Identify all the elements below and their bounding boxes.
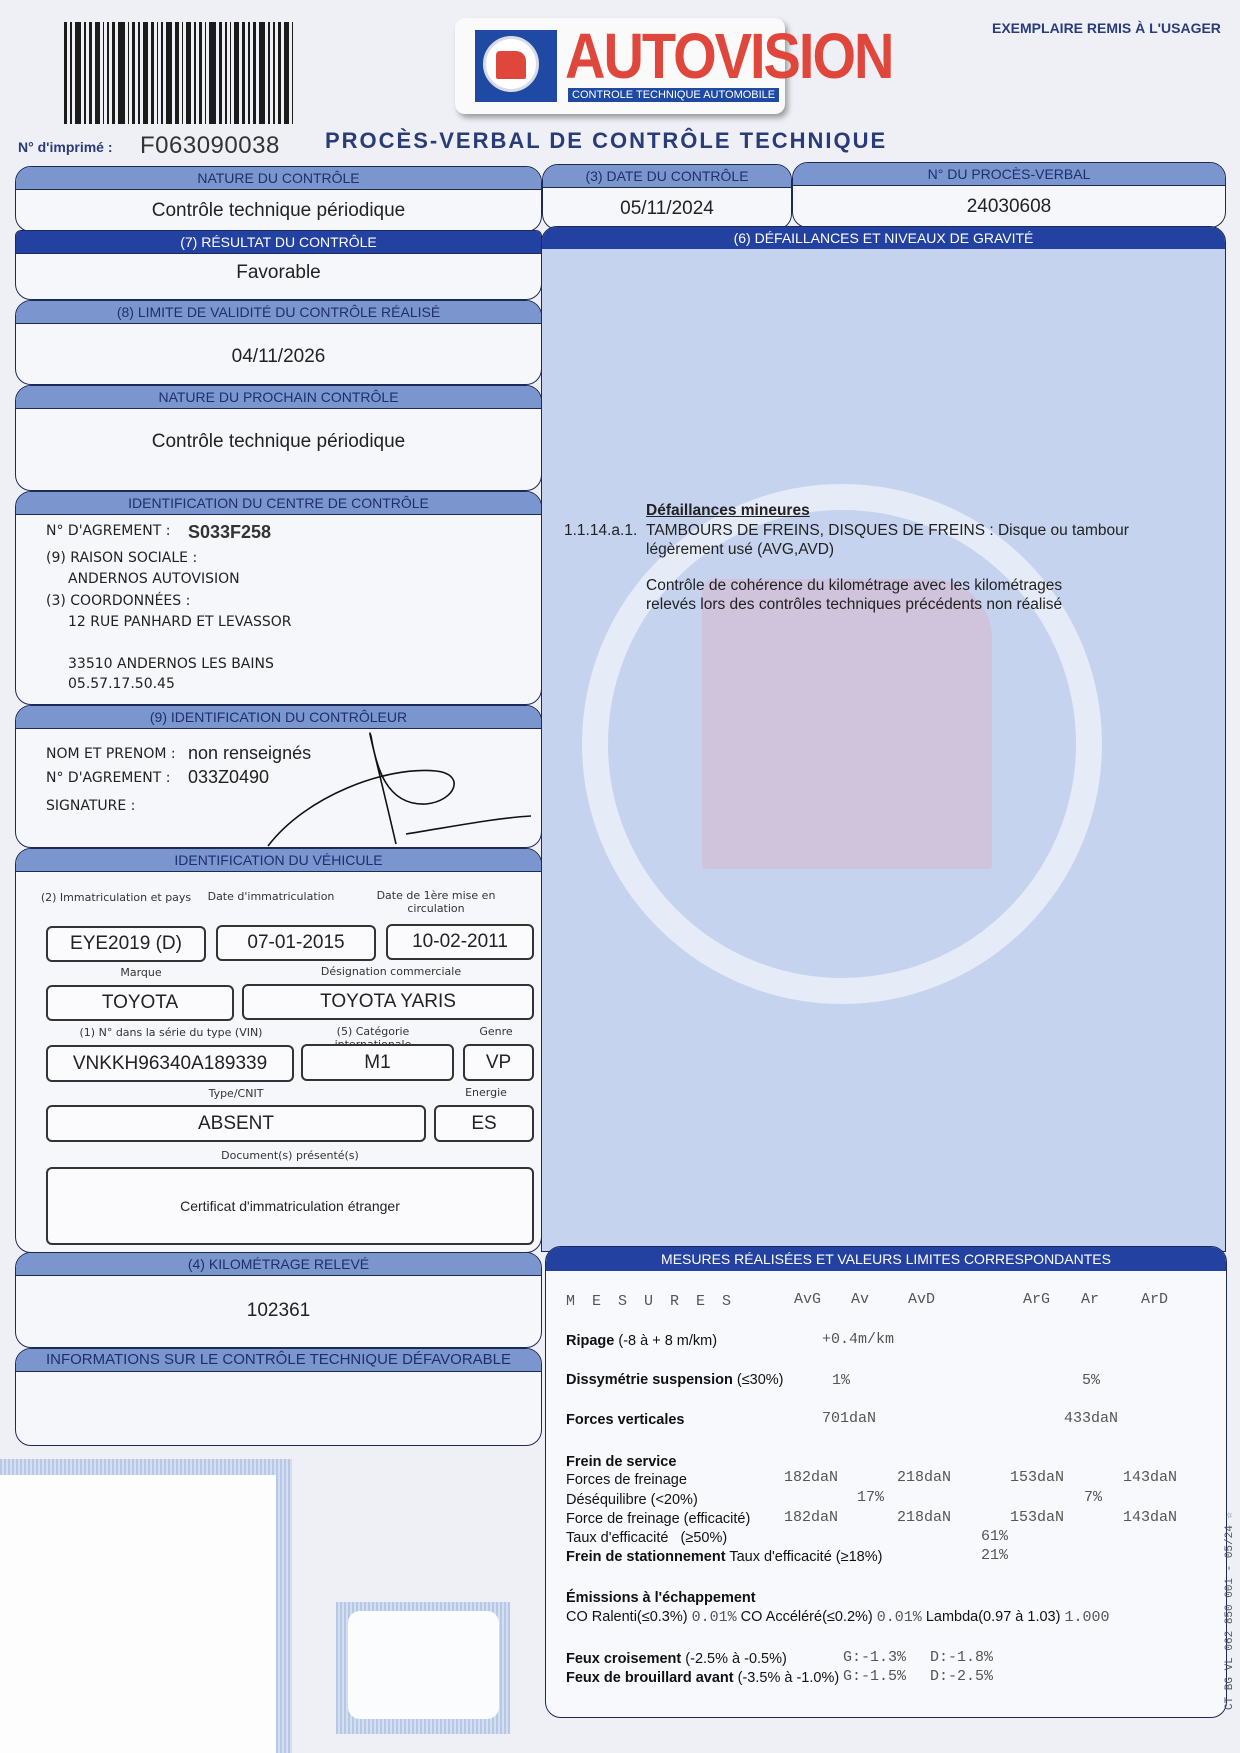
address-line2: 33510 ANDERNOS LES BAINS — [68, 656, 274, 672]
feux-croisement-row: Feux croisement (-2.5% à -0.5%) — [566, 1651, 787, 1667]
date-circulation-label: Date de 1ère mise en circulation — [376, 889, 496, 915]
autovision-logo: AUTOVISION CONTROLE TECHNIQUE AUTOMOBILE — [455, 18, 785, 114]
ripage-value: +0.4m/km — [822, 1331, 894, 1348]
designation-label: Désignation commerciale — [246, 965, 536, 978]
marque-field: TOYOTA — [46, 985, 234, 1021]
controleur-nom-label: NOM ET PRENOM : — [46, 746, 176, 762]
controleur-agrement-label: N° D'AGREMENT : — [46, 770, 170, 786]
limite-validite-box: (8) LIMITE DE VALIDITÉ DU CONTRÔLE RÉALI… — [15, 300, 542, 385]
feux-brouillard-label: Feux de brouillard avant — [566, 1670, 734, 1686]
kilometrage-note-line1: Contrôle de cohérence du kilométrage ave… — [646, 576, 1062, 595]
logo-tagline: CONTROLE TECHNIQUE AUTOMOBILE — [568, 88, 779, 102]
feux-brouillard-g: G:-1.5% — [843, 1668, 906, 1685]
ripage-row: Ripage (-8 à + 8 m/km) — [566, 1333, 717, 1349]
form-reference: CT BG VL 062 850 001 - 05/24 ☆ — [1222, 1510, 1236, 1710]
centre-box: IDENTIFICATION DU CENTRE DE CONTRÔLE N° … — [15, 491, 542, 705]
numero-pv-header: N° DU PROCÈS-VERBAL — [793, 163, 1225, 186]
co-accelere-label: CO Accéléré(≤0.2%) — [741, 1609, 873, 1625]
mesures-header: MESURES RÉALISÉES ET VALEURS LIMITES COR… — [546, 1247, 1226, 1271]
logo-brand: AUTOVISION — [565, 24, 892, 88]
efficacite-ard: 143daN — [1123, 1509, 1177, 1526]
defaillances-header: (6) DÉFAILLANCES ET NIVEAUX DE GRAVITÉ — [542, 227, 1225, 249]
emissions-row: CO Ralenti(≤0.3%) 0.01% CO Accéléré(≤0.2… — [566, 1609, 1109, 1626]
documents-label: Document(s) présenté(s) — [46, 1149, 534, 1162]
exemplaire-label: EXEMPLAIRE REMIS À L'USAGER — [992, 20, 1221, 36]
taux-efficacite-label: Taux d'efficacité (≥50%) — [566, 1530, 727, 1546]
type-cnit-field: ABSENT — [46, 1105, 426, 1142]
resultat-value: Favorable — [16, 254, 541, 284]
feux-brouillard-d: D:-2.5% — [930, 1668, 993, 1685]
info-defavorable-box: INFORMATIONS SUR LE CONTRÔLE TECHNIQUE D… — [15, 1348, 542, 1446]
car-watermark-icon — [702, 579, 992, 869]
documents-field: Certificat d'immatriculation étranger — [46, 1167, 534, 1245]
co-accelere-value: 0.01% — [877, 1609, 922, 1626]
designation-field: TOYOTA YARIS — [242, 984, 534, 1020]
marque-label: Marque — [46, 966, 236, 979]
taux-efficacite-value: 61% — [981, 1528, 1008, 1545]
vehicule-header: IDENTIFICATION DU VÉHICULE — [16, 849, 541, 872]
ripage-label: Ripage — [566, 1333, 614, 1349]
dissymetrie-label: Dissymétrie suspension — [566, 1372, 733, 1388]
forces-freinage-arg: 153daN — [1010, 1469, 1064, 1486]
phone: 05.57.17.50.45 — [68, 676, 175, 692]
date-immat-field: 07-01-2015 — [216, 925, 376, 961]
forces-freinage-label: Forces de freinage — [566, 1472, 687, 1488]
frein-stationnement-label: Frein de stationnement — [566, 1549, 726, 1565]
lambda-label: Lambda(0.97 à 1.03) — [926, 1609, 1061, 1625]
feux-croisement-limit: (-2.5% à -0.5%) — [685, 1651, 787, 1667]
immat-label: (2) Immatriculation et pays — [36, 891, 196, 904]
numero-pv-value: 24030608 — [793, 186, 1225, 218]
col-ar: Ar — [1081, 1291, 1099, 1308]
efficacite-arg: 153daN — [1010, 1509, 1064, 1526]
magnifier-car-icon — [475, 30, 557, 102]
defaillances-body: Défaillances mineures 1.1.14.a.1. TAMBOU… — [542, 249, 1225, 1251]
date-circulation-field: 10-02-2011 — [386, 924, 534, 960]
efficacite-avg: 182daN — [784, 1509, 838, 1526]
date-controle-value: 05/11/2024 — [543, 188, 791, 220]
frein-stationnement-value: 21% — [981, 1547, 1008, 1564]
imprime-label: N° d'imprimé : — [18, 139, 113, 155]
date-controle-box: (3) DATE DU CONTRÔLE 05/11/2024 — [542, 164, 792, 230]
desequilibre-av: 17% — [857, 1489, 884, 1506]
categorie-field: M1 — [301, 1044, 454, 1081]
limite-validite-header: (8) LIMITE DE VALIDITÉ DU CONTRÔLE RÉALI… — [16, 301, 541, 324]
resultat-box: (7) RÉSULTAT DU CONTRÔLE Favorable — [15, 230, 542, 300]
kilometrage-note-line2: relevés lors des contrôles techniques pr… — [646, 595, 1062, 614]
imprime-number: F063090038 — [140, 132, 280, 160]
immat-field: EYE2019 (D) — [46, 926, 206, 962]
forces-freinage-avg: 182daN — [784, 1469, 838, 1486]
col-arg: ArG — [1023, 1291, 1050, 1308]
genre-field: VP — [463, 1044, 534, 1081]
raison-sociale-value: ANDERNOS AUTOVISION — [68, 571, 240, 587]
resultat-header: (7) RÉSULTAT DU CONTRÔLE — [16, 231, 541, 254]
signature-scribble — [266, 726, 536, 848]
ripage-limit: (-8 à + 8 m/km) — [618, 1333, 717, 1349]
controleur-box: (9) IDENTIFICATION DU CONTRÔLEUR NOM ET … — [15, 705, 542, 848]
emissions-label: Émissions à l'échappement — [566, 1590, 756, 1606]
raison-sociale-label: (9) RAISON SOCIALE : — [46, 550, 197, 566]
mesures-title: M E S U R E S — [566, 1293, 735, 1310]
kilometrage-header: (4) KILOMÉTRAGE RELEVÉ — [16, 1253, 541, 1276]
co-ralenti-label: CO Ralenti(≤0.3%) — [566, 1609, 688, 1625]
genre-label: Genre — [456, 1025, 536, 1038]
kilometrage-value: 102361 — [16, 1276, 541, 1322]
forces-freinage-ard: 143daN — [1123, 1469, 1177, 1486]
prochain-controle-value: Contrôle technique périodique — [16, 409, 541, 453]
frein-stationnement-row: Frein de stationnement Taux d'efficacité… — [566, 1549, 882, 1565]
signature-label: SIGNATURE : — [46, 798, 135, 814]
stamp-window — [348, 1611, 499, 1719]
feux-croisement-g: G:-1.3% — [843, 1649, 906, 1666]
defaillance-category: Défaillances mineures — [646, 501, 810, 520]
feux-croisement-d: D:-1.8% — [930, 1649, 993, 1666]
forces-verticales-label: Forces verticales — [566, 1412, 685, 1428]
defaillances-panel: (6) DÉFAILLANCES ET NIVEAUX DE GRAVITÉ D… — [541, 226, 1226, 1252]
energie-field: ES — [434, 1105, 534, 1142]
nature-controle-value: Contrôle technique périodique — [16, 190, 541, 222]
feux-brouillard-row: Feux de brouillard avant (-3.5% à -1.0%) — [566, 1670, 839, 1686]
defaillance-text-line2: légèrement usé (AVG,AVD) — [646, 540, 834, 559]
nature-controle-header: NATURE DU CONTRÔLE — [16, 167, 541, 190]
defaillance-text-line1: TAMBOURS DE FREINS, DISQUES DE FREINS : … — [646, 521, 1129, 540]
prochain-controle-box: NATURE DU PROCHAIN CONTRÔLE Contrôle tec… — [15, 385, 542, 491]
vin-field: VNKKH96340A189339 — [46, 1045, 294, 1082]
forces-verticales-av: 701daN — [822, 1410, 876, 1427]
forces-verticales-row: Forces verticales — [566, 1412, 685, 1428]
address-line1: 12 RUE PANHARD ET LEVASSOR — [68, 614, 291, 630]
vin-label: (1) N° dans la série du type (VIN) — [46, 1026, 296, 1039]
address-window — [0, 1475, 276, 1753]
efficacite-label: Force de freinage (efficacité) — [566, 1511, 750, 1527]
feux-croisement-label: Feux croisement — [566, 1651, 681, 1667]
defaillance-code: 1.1.14.a.1. — [564, 521, 637, 540]
controleur-agrement-value: 033Z0490 — [188, 767, 269, 788]
coordonnees-label: (3) COORDONNÉES : — [46, 593, 190, 609]
col-av: Av — [851, 1291, 869, 1308]
desequilibre-ar: 7% — [1084, 1489, 1102, 1506]
centre-agrement-value: S033F258 — [188, 522, 271, 543]
efficacite-avd: 218daN — [897, 1509, 951, 1526]
lambda-value: 1.000 — [1064, 1609, 1109, 1626]
dissymetrie-av: 1% — [832, 1372, 850, 1389]
limite-validite-value: 04/11/2026 — [16, 324, 541, 368]
nature-controle-box: NATURE DU CONTRÔLE Contrôle technique pé… — [15, 166, 542, 232]
info-defavorable-header: INFORMATIONS SUR LE CONTRÔLE TECHNIQUE D… — [16, 1349, 541, 1372]
date-immat-label: Date d'immatriculation — [206, 890, 336, 903]
energie-label: Energie — [436, 1086, 536, 1099]
type-cnit-label: Type/CNIT — [46, 1087, 426, 1100]
vehicule-box: IDENTIFICATION DU VÉHICULE (2) Immatricu… — [15, 848, 542, 1253]
forces-freinage-avd: 218daN — [897, 1469, 951, 1486]
kilometrage-box: (4) KILOMÉTRAGE RELEVÉ 102361 — [15, 1252, 542, 1348]
desequilibre-label: Déséquilibre (<20%) — [566, 1492, 698, 1508]
feux-brouillard-limit: (-3.5% à -1.0%) — [738, 1670, 840, 1686]
mesures-panel: MESURES RÉALISÉES ET VALEURS LIMITES COR… — [545, 1246, 1227, 1718]
numero-pv-box: N° DU PROCÈS-VERBAL 24030608 — [792, 162, 1226, 228]
dissymetrie-row: Dissymétrie suspension (≤30%) — [566, 1372, 784, 1388]
document-title: PROCÈS-VERBAL DE CONTRÔLE TECHNIQUE — [325, 128, 887, 154]
date-controle-header: (3) DATE DU CONTRÔLE — [543, 165, 791, 188]
dissymetrie-limit: (≤30%) — [737, 1372, 784, 1388]
barcode — [64, 22, 342, 124]
col-avd: AvD — [908, 1291, 935, 1308]
co-ralenti-value: 0.01% — [692, 1609, 737, 1626]
frein-service-label: Frein de service — [566, 1454, 676, 1470]
centre-agrement-label: N° D'AGREMENT : — [46, 523, 170, 539]
centre-header: IDENTIFICATION DU CENTRE DE CONTRÔLE — [16, 492, 541, 515]
col-avg: AvG — [794, 1291, 821, 1308]
dissymetrie-ar: 5% — [1082, 1372, 1100, 1389]
frein-stationnement-taux-label: Taux d'efficacité (≥18%) — [729, 1549, 882, 1565]
prochain-controle-header: NATURE DU PROCHAIN CONTRÔLE — [16, 386, 541, 409]
col-ard: ArD — [1141, 1291, 1168, 1308]
forces-verticales-ar: 433daN — [1064, 1410, 1118, 1427]
